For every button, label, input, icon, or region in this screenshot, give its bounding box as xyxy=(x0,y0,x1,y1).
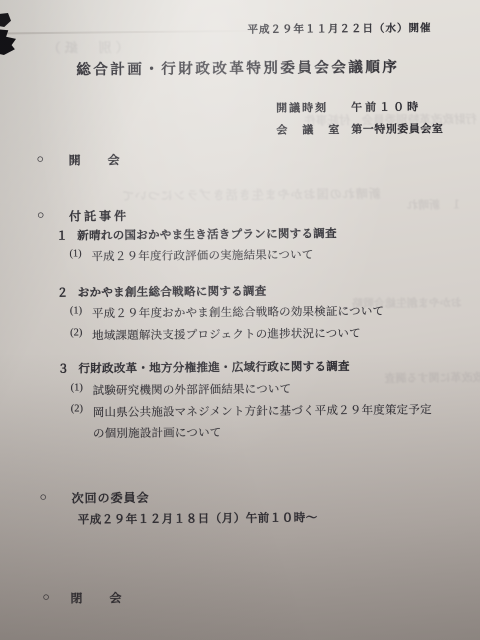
agenda-subitem-text: 平成２９年度おかやま創生総合戦略の効果検証について xyxy=(92,303,384,322)
agenda-subitem-number: (2) xyxy=(70,327,82,338)
section-marker: ○ xyxy=(37,152,44,167)
agenda-subitem-number: (1) xyxy=(71,382,83,393)
agenda-item-number: ３ xyxy=(57,360,69,376)
start-time-value: 午前１０時 xyxy=(351,98,421,115)
section-opening: 開 会 xyxy=(69,151,121,168)
meeting-room-label: 会 議 室 xyxy=(276,121,341,138)
section-marker: ○ xyxy=(42,590,49,605)
bleed-through-text: 行財政改革に関する調査 xyxy=(384,369,480,386)
meeting-date-line: 平成２９年１１月２２日（水）開催 xyxy=(247,20,431,37)
section-next-meeting: 次回の委員会 xyxy=(71,489,149,507)
agenda-item-title: おかやま創生総合戦略に関する調査 xyxy=(78,283,267,301)
agenda-item-title: 新晴れの国おかやま生き活きプランに関する調査 xyxy=(77,225,337,243)
bleed-through-text: １ 新晴れ xyxy=(407,196,462,212)
section-closing: 閉 会 xyxy=(70,589,122,606)
agenda-subitem-text: 試験研究機関の外部評価結果について xyxy=(93,381,292,399)
agenda-subitem-number: (2) xyxy=(71,403,83,414)
agenda-item-number: ２ xyxy=(57,284,69,300)
section-marker: ○ xyxy=(37,208,44,223)
agenda-subitem-number: (1) xyxy=(70,305,82,316)
section-referred-matters: 付託事件 xyxy=(69,207,129,225)
document-paper: （別 紙） 行財政改革特別委員会 付託事件 新晴れの国おかやま生き活きプランにつ… xyxy=(0,0,480,640)
photo-background: （別 紙） 行財政改革特別委員会 付託事件 新晴れの国おかやま生き活きプランにつ… xyxy=(0,0,480,640)
document-content: （別 紙） 行財政改革特別委員会 付託事件 新晴れの国おかやま生き活きプランにつ… xyxy=(0,0,480,640)
document-title: 総合計画・行財政改革特別委員会会議順序 xyxy=(0,55,478,80)
agenda-subitem-number: (1) xyxy=(69,248,81,259)
agenda-subitem-text: 平成２９年度行政評価の実施結果について xyxy=(91,246,313,264)
bleed-through-text: （別 紙） xyxy=(44,37,129,57)
agenda-subitem-text: 地域課題解決支援プロジェクトの進捗状況について xyxy=(92,325,361,343)
bleed-through-text: 新晴れの国おかやま生き活きプランについて xyxy=(121,185,381,204)
agenda-item-number: １ xyxy=(56,228,68,244)
next-meeting-datetime: 平成２９年１２月１８日（月）午前１０時～ xyxy=(78,509,318,527)
agenda-subitem-text: 岡山県公共施設マネジメント方針に基づく平成２９年度策定予定の個別施設計画について xyxy=(93,400,439,445)
section-marker: ○ xyxy=(39,490,46,505)
meeting-room-value: 第一特別委員会室 xyxy=(351,120,443,137)
agenda-item-title: 行財政改革・地方分権推進・広域行政に関する調査 xyxy=(78,358,350,376)
start-time-label: 開議時刻 xyxy=(276,99,328,115)
